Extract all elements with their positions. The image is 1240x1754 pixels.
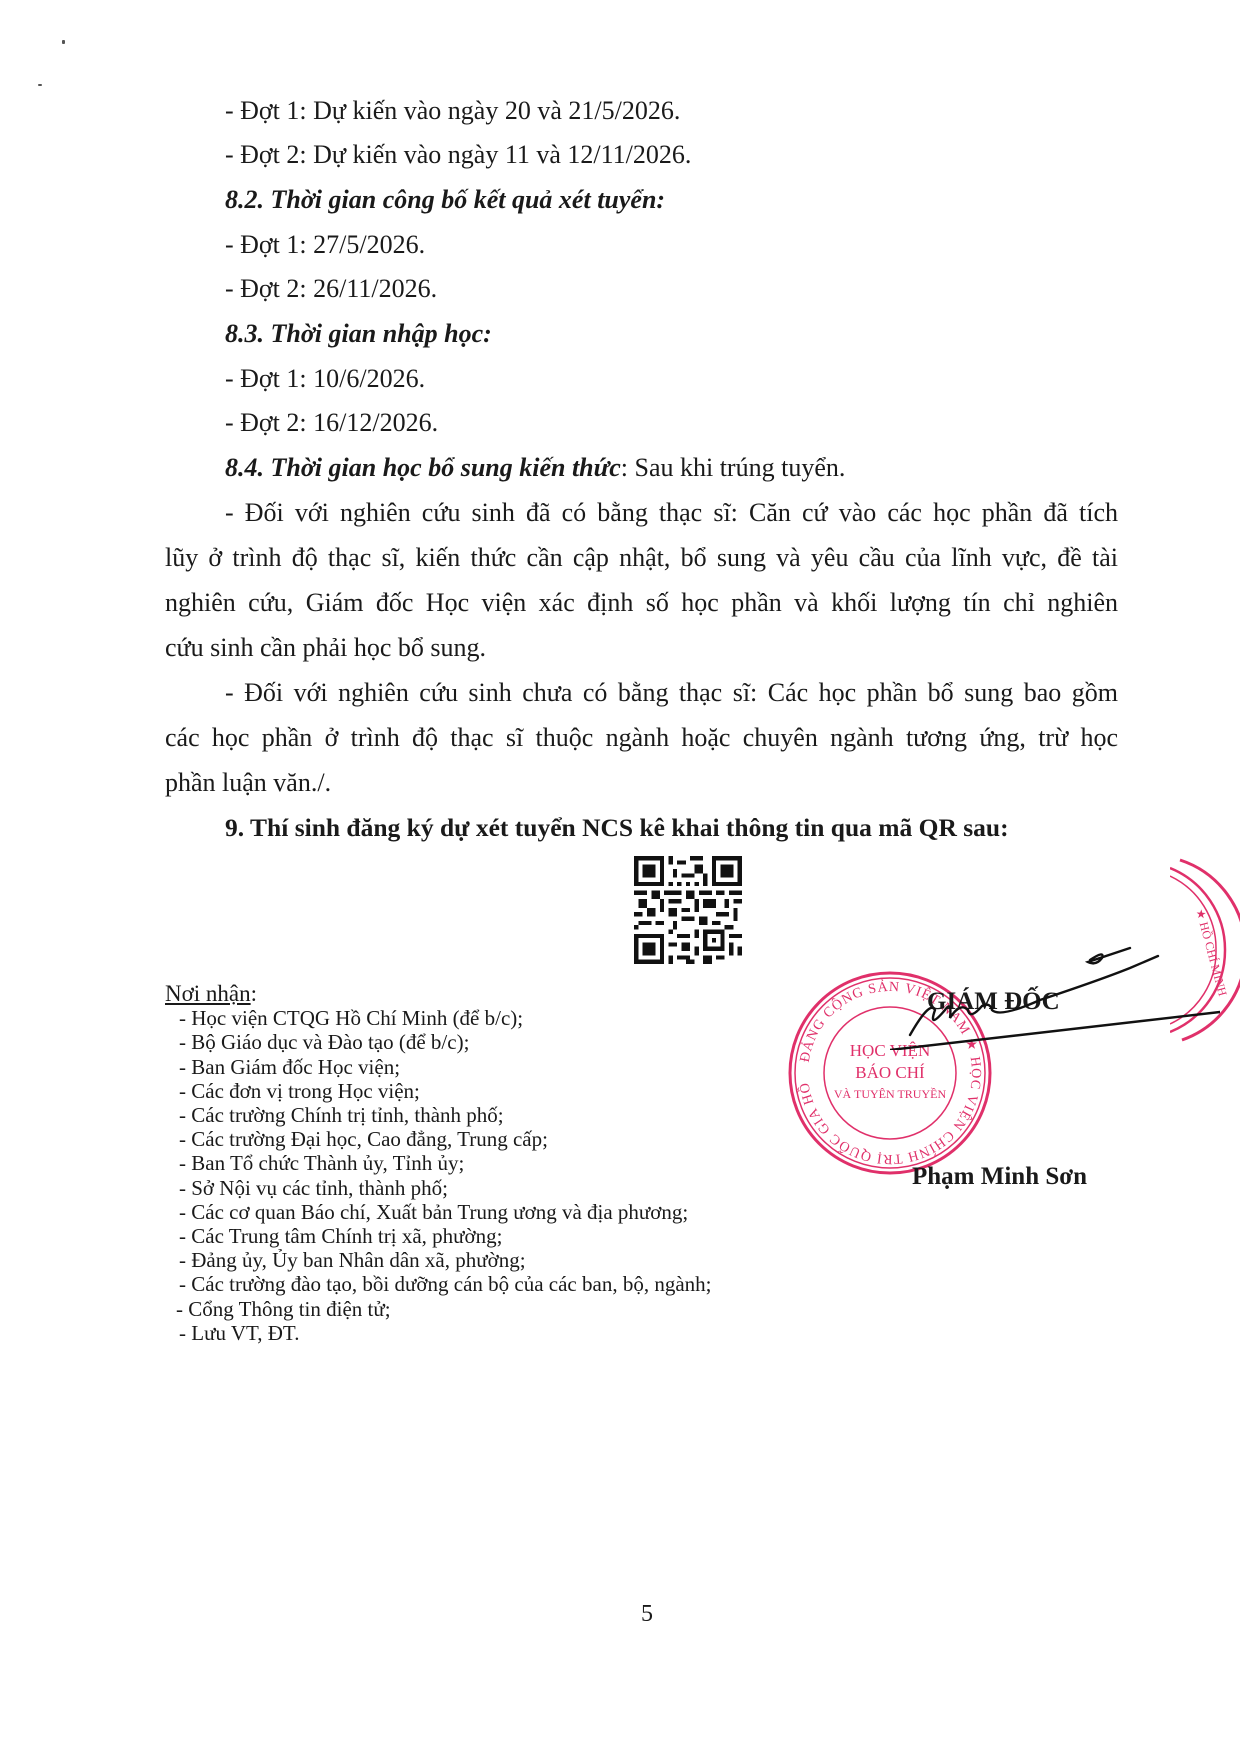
recipient-item: - Đảng ủy, Ủy ban Nhân dân xã, phường; bbox=[165, 1248, 711, 1272]
qr-code-icon[interactable] bbox=[633, 856, 743, 964]
scan-speck bbox=[62, 40, 65, 44]
schedule-item: - Đợt 1: 10/6/2026. bbox=[225, 362, 425, 396]
recipient-item: - Các Trung tâm Chính trị xã, phường; bbox=[165, 1224, 711, 1248]
recipient-item: - Bộ Giáo dục và Đào tạo (để b/c); bbox=[165, 1030, 711, 1054]
svg-text:BÁO CHÍ: BÁO CHÍ bbox=[855, 1063, 925, 1082]
schedule-item: - Đợt 2: Dự kiến vào ngày 11 và 12/11/20… bbox=[225, 138, 691, 172]
section-8-4-suffix: : Sau khi trúng tuyển. bbox=[621, 453, 846, 482]
recipient-item: - Các trường Đại học, Cao đẳng, Trung cấ… bbox=[165, 1127, 711, 1151]
section-8-4-line: 8.4. Thời gian học bổ sung kiến thức: Sa… bbox=[225, 451, 845, 485]
recipient-item: - Các trường đào tạo, bồi dưỡng cán bộ c… bbox=[165, 1272, 711, 1296]
paragraph-line: các học phần ở trình độ thạc sĩ thuộc ng… bbox=[165, 721, 1118, 755]
svg-text:VÀ TUYÊN TRUYỀN: VÀ TUYÊN TRUYỀN bbox=[834, 1086, 947, 1101]
section-heading-8-4: 8.4. Thời gian học bổ sung kiến thức bbox=[225, 453, 621, 482]
scan-speck bbox=[38, 84, 42, 86]
paragraph-line: lũy ở trình độ thạc sĩ, kiến thức cần cậ… bbox=[165, 541, 1118, 575]
section-heading-8-3: 8.3. Thời gian nhập học: bbox=[225, 317, 492, 351]
recipient-item: - Các đơn vị trong Học viện; bbox=[165, 1079, 711, 1103]
schedule-item: - Đợt 2: 16/12/2026. bbox=[225, 406, 438, 440]
paragraph-line: - Đối với nghiên cứu sinh chưa có bằng t… bbox=[225, 676, 1118, 710]
recipient-item: - Các cơ quan Báo chí, Xuất bản Trung ươ… bbox=[165, 1200, 711, 1224]
section-heading-9: 9. Thí sinh đăng ký dự xét tuyển NCS kê … bbox=[225, 811, 1009, 845]
recipients-title: Nơi nhận bbox=[165, 981, 251, 1006]
paragraph-line: nghiên cứu, Giám đốc Học viện xác định s… bbox=[165, 586, 1118, 620]
schedule-item: - Đợt 1: Dự kiến vào ngày 20 và 21/5/202… bbox=[225, 94, 680, 128]
section-heading-8-2: 8.2. Thời gian công bố kết quả xét tuyển… bbox=[225, 183, 665, 217]
recipient-item: - Lưu VT, ĐT. bbox=[165, 1321, 711, 1345]
paragraph-line: - Đối với nghiên cứu sinh đã có bằng thạ… bbox=[225, 496, 1118, 530]
recipient-item: - Học viện CTQG Hồ Chí Minh (để b/c); bbox=[165, 1006, 711, 1030]
paragraph-line: cứu sinh cần phải học bổ sung. bbox=[165, 631, 486, 665]
recipient-item: - Ban Giám đốc Học viện; bbox=[165, 1055, 711, 1079]
recipients-title-colon: : bbox=[251, 981, 257, 1006]
recipient-item: - Cổng Thông tin điện tử; bbox=[165, 1297, 711, 1321]
schedule-item: - Đợt 2: 26/11/2026. bbox=[225, 272, 437, 306]
signature-icon bbox=[890, 940, 1220, 1050]
recipient-item: - Ban Tổ chức Thành ủy, Tỉnh ủy; bbox=[165, 1151, 711, 1175]
paragraph-line: phần luận văn./. bbox=[165, 766, 331, 800]
recipient-item: - Các trường Chính trị tỉnh, thành phố; bbox=[165, 1103, 711, 1127]
recipients-heading: Nơi nhận: bbox=[165, 982, 711, 1006]
recipient-item: - Sở Nội vụ các tỉnh, thành phố; bbox=[165, 1176, 711, 1200]
document-page: - Đợt 1: Dự kiến vào ngày 20 và 21/5/202… bbox=[0, 0, 1240, 1754]
schedule-item: - Đợt 1: 27/5/2026. bbox=[225, 228, 425, 262]
page-number: 5 bbox=[641, 1601, 653, 1628]
signer-name: Phạm Minh Sơn bbox=[912, 1163, 1087, 1191]
recipients-list: Nơi nhận: - Học viện CTQG Hồ Chí Minh (đ… bbox=[165, 982, 711, 1345]
